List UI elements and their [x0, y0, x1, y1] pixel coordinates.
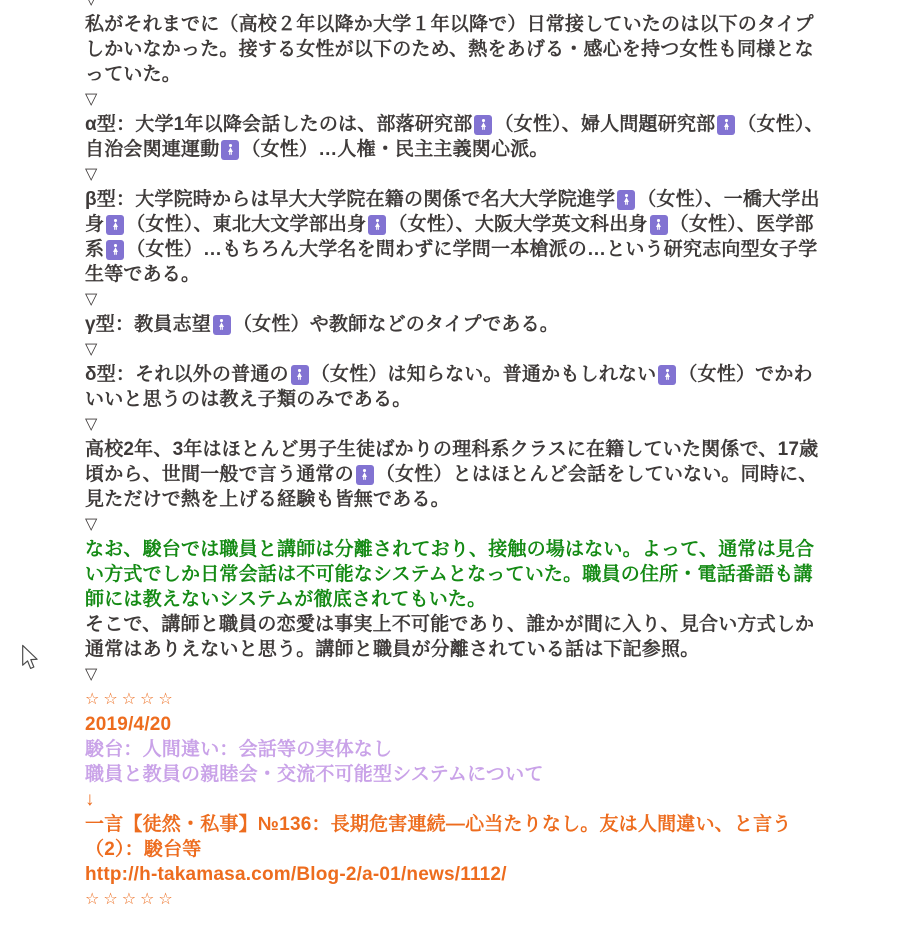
woman-symbol-icon: [221, 140, 239, 160]
separator: ▽: [85, 662, 829, 687]
sundai-system-note-paragraph: なお、駿台では職員と講師は分離されており、接触の場はない。よって、通常は見合い方…: [85, 537, 829, 612]
intro-paragraph: 私がそれまでに（高校２年以降か大学１年以降で）日常接していたのは以下のタイプしか…: [85, 12, 829, 87]
woman-symbol-icon: [213, 315, 231, 335]
separator-top-clipped: ▽: [85, 0, 829, 12]
text-run: 一言【徒然・私事】№136：長期危害連続―心当たりなし。友は人間違い、と言う（2…: [85, 814, 791, 860]
woman-symbol-icon: [106, 240, 124, 260]
text-run: （女性）…もちろん大学名を問わずに学問一本槍派の…という研究志向型女子学生等であ…: [85, 239, 817, 285]
text-run: ▽: [85, 516, 98, 533]
text-run: ▽: [85, 166, 98, 183]
text-run: β型：大学院時からは早大大学院在籍の関係で名大大学院進学: [85, 189, 615, 210]
text-run: ▽: [85, 416, 98, 433]
text-run: 私がそれまでに（高校２年以降か大学１年以降で）日常接していたのは以下のタイプしか…: [85, 14, 814, 85]
text-run: ☆☆☆☆☆: [85, 691, 177, 708]
text-run: ☆☆☆☆☆: [85, 891, 177, 908]
delta-type-paragraph: δ型：それ以外の普通の（女性）は知らない。普通かもしれない（女性）でかわいいと思…: [85, 362, 829, 412]
text-run: δ型：それ以外の普通の: [85, 364, 289, 385]
blog-entry-url-link[interactable]: http://h-takamasa.com/Blog-2/a-01/news/1…: [85, 862, 829, 887]
conclusion-paragraph: そこで、講師と職員の恋愛は事実上不可能であり、誰かが間に入り、見合い方式しか通常…: [85, 612, 829, 662]
woman-symbol-icon: [106, 215, 124, 235]
post-date: 2019/4/20: [85, 712, 829, 737]
text-run: http://h-takamasa.com/Blog-2/a-01/news/1…: [85, 864, 507, 885]
text-run: γ型：教員志望: [85, 314, 211, 335]
text-run: そこで、講師と職員の恋愛は事実上不可能であり、誰かが間に入り、見合い方式しか通常…: [85, 614, 814, 660]
text-run: 駿台：人間違い：会話等の実体なし: [85, 739, 392, 760]
text-run: （女性）、大阪大学英文科出身: [388, 214, 647, 235]
text-run: （女性）…人権・民主主義関心派。: [241, 139, 548, 160]
highschool-paragraph: 高校2年、3年はほとんど男子生徒ばかりの理科系クラスに在籍していた関係で、17歳…: [85, 437, 829, 512]
separator: ▽: [85, 87, 829, 112]
separator: ▽: [85, 512, 829, 537]
woman-symbol-icon: [368, 215, 386, 235]
text-run: （女性）は知らない。普通かもしれない: [311, 364, 657, 385]
post-link-system[interactable]: 職員と教員の親睦会・交流不可能型システムについて: [85, 762, 829, 787]
woman-symbol-icon: [717, 115, 735, 135]
woman-symbol-icon: [356, 465, 374, 485]
stars-row: ☆☆☆☆☆: [85, 887, 829, 912]
text-run: ▽: [85, 291, 98, 308]
blog-page: { "page": { "background": "#ffffff", "co…: [0, 0, 915, 925]
stars-row: ☆☆☆☆☆: [85, 687, 829, 712]
mouse-cursor-arrow-icon: [20, 644, 38, 672]
down-arrow: ↓: [85, 787, 829, 812]
beta-type-paragraph: β型：大学院時からは早大大学院在籍の関係で名大大学院進学（女性）、一橋大学出身（…: [85, 187, 829, 287]
text-run: 2019/4/20: [85, 714, 171, 735]
text-run: なお、駿台では職員と講師は分離されており、接触の場はない。よって、通常は見合い方…: [85, 539, 814, 610]
text-run: （女性）や教師などのタイプである。: [233, 314, 559, 335]
woman-symbol-icon: [617, 190, 635, 210]
blog-entry-title-link[interactable]: 一言【徒然・私事】№136：長期危害連続―心当たりなし。友は人間違い、と言う（2…: [85, 812, 829, 862]
text-run: ↓: [85, 789, 95, 810]
text-run: ▽: [85, 666, 98, 683]
text-run: ▽: [85, 0, 98, 8]
separator: ▽: [85, 162, 829, 187]
woman-symbol-icon: [291, 365, 309, 385]
text-run: （女性）、婦人問題研究部: [494, 114, 715, 135]
separator: ▽: [85, 287, 829, 312]
text-run: α型：大学1年以降会話したのは、部落研究部: [85, 114, 472, 135]
separator: ▽: [85, 412, 829, 437]
text-run: 職員と教員の親睦会・交流不可能型システムについて: [85, 764, 544, 785]
woman-symbol-icon: [650, 215, 668, 235]
post-link-sundai[interactable]: 駿台：人間違い：会話等の実体なし: [85, 737, 829, 762]
woman-symbol-icon: [658, 365, 676, 385]
separator: ▽: [85, 337, 829, 362]
text-run: ▽: [85, 91, 98, 108]
alpha-type-paragraph: α型：大学1年以降会話したのは、部落研究部（女性）、婦人問題研究部（女性）、自治…: [85, 112, 829, 162]
text-run: （女性）、東北大文学部出身: [126, 214, 366, 235]
woman-symbol-icon: [474, 115, 492, 135]
gamma-type-paragraph: γ型：教員志望（女性）や教師などのタイプである。: [85, 312, 829, 337]
text-run: ▽: [85, 341, 98, 358]
content-area: ▽私がそれまでに（高校２年以降か大学１年以降で）日常接していたのは以下のタイプし…: [85, 0, 829, 912]
